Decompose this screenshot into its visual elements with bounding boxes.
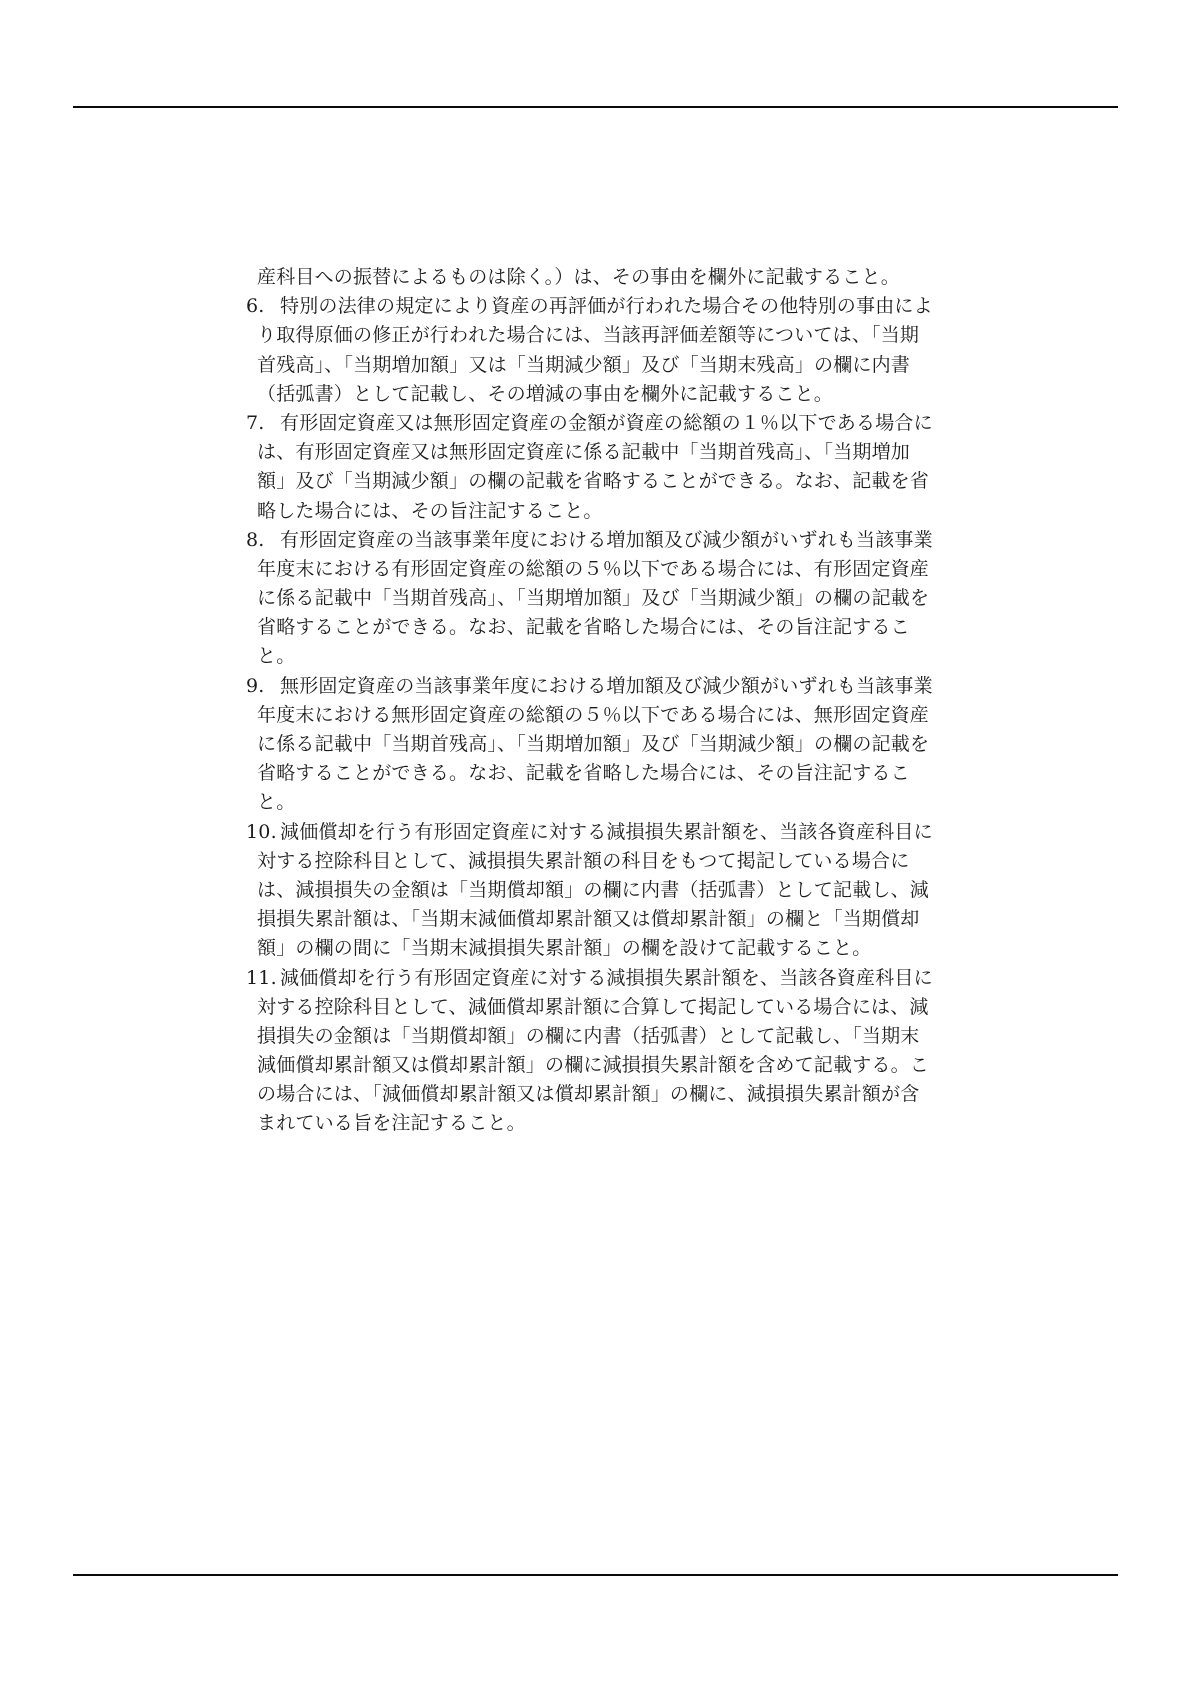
text-line: 額」及び「当期減少額」の欄の記載を省略することができる。なお、記載を省 xyxy=(246,467,966,496)
line-text: 年度末における無形固定資産の総額の５％以下である場合には、無形固定資産 xyxy=(257,704,929,726)
text-line: に係る記載中「当期首残高」、「当期増加額」及び「当期減少額」の欄の記載を xyxy=(246,730,966,759)
line-text: 対する控除科目として、減損損失累計額の科目をもつて掲記している場合に xyxy=(257,850,909,872)
document-page: 産科目への振替によるものは除く。）は、その事由を欄外に記載すること。 6.特別の… xyxy=(0,0,1192,1685)
text-line: 省略することができる。なお、記載を省略した場合には、その旨注記するこ xyxy=(246,759,966,788)
line-text: 省略することができる。なお、記載を省略した場合には、その旨注記するこ xyxy=(257,762,910,784)
text-line: り取得原価の修正が行われた場合には、当該再評価差額等については、「当期 xyxy=(246,321,966,350)
text-line: まれている旨を注記すること。 xyxy=(246,1109,966,1138)
line-text: の場合には、「減価償却累計額又は償却累計額」の欄に、減損損失累計額が含 xyxy=(257,1083,920,1105)
line-text: 額」及び「当期減少額」の欄の記載を省略することができる。なお、記載を省 xyxy=(257,470,929,492)
text-line: 省略することができる。なお、記載を省略した場合には、その旨注記するこ xyxy=(246,613,966,642)
top-horizontal-rule xyxy=(73,106,1118,108)
line-text: に係る記載中「当期首残高」、「当期増加額」及び「当期減少額」の欄の記載を xyxy=(257,733,929,755)
list-item-11: 11.減価償却を行う有形固定資産に対する減損損失累計額を、当該各資産科目に xyxy=(246,964,966,993)
line-text: 首残高」、「当期増加額」又は「当期減少額」及び「当期末残高」の欄に内書 xyxy=(257,354,910,376)
line-text: 略した場合には、その旨注記すること。 xyxy=(257,500,603,522)
item-number: 7. xyxy=(246,409,280,438)
line-text: 省略することができる。なお、記載を省略した場合には、その旨注記するこ xyxy=(257,616,910,638)
item-number: 10. xyxy=(246,818,280,847)
text-line: （括弧書）として記載し、その増減の事由を欄外に記載すること。 xyxy=(246,380,966,409)
list-item-6: 6.特別の法律の規定により資産の再評価が行われた場合その他特別の事由によ xyxy=(246,292,966,321)
text-line: は、減損損失の金額は「当期償却額」の欄に内書（括弧書）として記載し、減 xyxy=(246,876,966,905)
line-text: 有形固定資産の当該事業年度における増加額及び減少額がいずれも当該事業 xyxy=(280,529,933,551)
text-line: 損損失累計額は、「当期末減価償却累計額又は償却累計額」の欄と「当期償却 xyxy=(246,905,966,934)
text-line: 首残高」、「当期増加額」又は「当期減少額」及び「当期末残高」の欄に内書 xyxy=(246,351,966,380)
line-text: と。 xyxy=(257,791,295,813)
line-text: 年度末における有形固定資産の総額の５％以下である場合には、有形固定資産 xyxy=(257,558,929,580)
list-item-10: 10.減価償却を行う有形固定資産に対する減損損失累計額を、当該各資産科目に xyxy=(246,818,966,847)
line-text: 減価償却を行う有形固定資産に対する減損損失累計額を、当該各資産科目に xyxy=(280,821,933,843)
text-line: 額」の欄の間に「当期末減損損失累計額」の欄を設けて記載すること。 xyxy=(246,934,966,963)
text-line: は、有形固定資産又は無形固定資産に係る記載中「当期首残高」、「当期増加 xyxy=(246,438,966,467)
line-text: 減価償却累計額又は償却累計額」の欄に減損損失累計額を含めて記載する。こ xyxy=(257,1054,929,1076)
list-item-8: 8.有形固定資産の当該事業年度における増加額及び減少額がいずれも当該事業 xyxy=(246,526,966,555)
item-number: 6. xyxy=(246,292,280,321)
line-text: 損損失の金額は「当期償却額」の欄に内書（括弧書）として記載し、「当期末 xyxy=(257,1025,920,1047)
text-line: 損損失の金額は「当期償却額」の欄に内書（括弧書）として記載し、「当期末 xyxy=(246,1022,966,1051)
line-text: は、減損損失の金額は「当期償却額」の欄に内書（括弧書）として記載し、減 xyxy=(257,879,929,901)
text-line: と。 xyxy=(246,788,966,817)
text-line: に係る記載中「当期首残高」、「当期増加額」及び「当期減少額」の欄の記載を xyxy=(246,584,966,613)
line-text: は、有形固定資産又は無形固定資産に係る記載中「当期首残高」、「当期増加 xyxy=(257,441,910,463)
text-line: 産科目への振替によるものは除く。）は、その事由を欄外に記載すること。 xyxy=(246,263,966,292)
text-line: 年度末における無形固定資産の総額の５％以下である場合には、無形固定資産 xyxy=(246,701,966,730)
line-text: 損損失累計額は、「当期末減価償却累計額又は償却累計額」の欄と「当期償却 xyxy=(257,908,920,930)
bottom-horizontal-rule xyxy=(73,1574,1118,1576)
line-text: 対する控除科目として、減価償却累計額に合算して掲記している場合には、減 xyxy=(257,996,929,1018)
line-text: まれている旨を注記すること。 xyxy=(257,1112,526,1134)
line-text: 額」の欄の間に「当期末減損損失累計額」の欄を設けて記載すること。 xyxy=(257,937,871,959)
line-text: 無形固定資産の当該事業年度における増加額及び減少額がいずれも当該事業 xyxy=(280,675,933,697)
line-text: 有形固定資産又は無形固定資産の金額が資産の総額の１％以下である場合に xyxy=(280,412,933,434)
line-text: り取得原価の修正が行われた場合には、当該再評価差額等については、「当期 xyxy=(257,324,919,346)
item-number: 11. xyxy=(246,964,280,993)
list-item-7: 7.有形固定資産又は無形固定資産の金額が資産の総額の１％以下である場合に xyxy=(246,409,966,438)
item-number: 9. xyxy=(246,672,280,701)
text-line: と。 xyxy=(246,642,966,671)
line-text: と。 xyxy=(257,645,295,667)
line-text: 減価償却を行う有形固定資産に対する減損損失累計額を、当該各資産科目に xyxy=(280,967,933,989)
text-line: 略した場合には、その旨注記すること。 xyxy=(246,497,966,526)
body-text-block: 産科目への振替によるものは除く。）は、その事由を欄外に記載すること。 6.特別の… xyxy=(246,263,966,1139)
line-text: 産科目への振替によるものは除く。）は、その事由を欄外に記載すること。 xyxy=(257,266,900,288)
text-line: 対する控除科目として、減損損失累計額の科目をもつて掲記している場合に xyxy=(246,847,966,876)
list-item-9: 9.無形固定資産の当該事業年度における増加額及び減少額がいずれも当該事業 xyxy=(246,672,966,701)
text-line: 年度末における有形固定資産の総額の５％以下である場合には、有形固定資産 xyxy=(246,555,966,584)
item-number: 8. xyxy=(246,526,280,555)
text-line: 減価償却累計額又は償却累計額」の欄に減損損失累計額を含めて記載する。こ xyxy=(246,1051,966,1080)
line-text: （括弧書）として記載し、その増減の事由を欄外に記載すること。 xyxy=(257,383,833,405)
text-line: 対する控除科目として、減価償却累計額に合算して掲記している場合には、減 xyxy=(246,993,966,1022)
line-text: に係る記載中「当期首残高」、「当期増加額」及び「当期減少額」の欄の記載を xyxy=(257,587,929,609)
line-text: 特別の法律の規定により資産の再評価が行われた場合その他特別の事由によ xyxy=(280,295,933,317)
text-line: の場合には、「減価償却累計額又は償却累計額」の欄に、減損損失累計額が含 xyxy=(246,1080,966,1109)
